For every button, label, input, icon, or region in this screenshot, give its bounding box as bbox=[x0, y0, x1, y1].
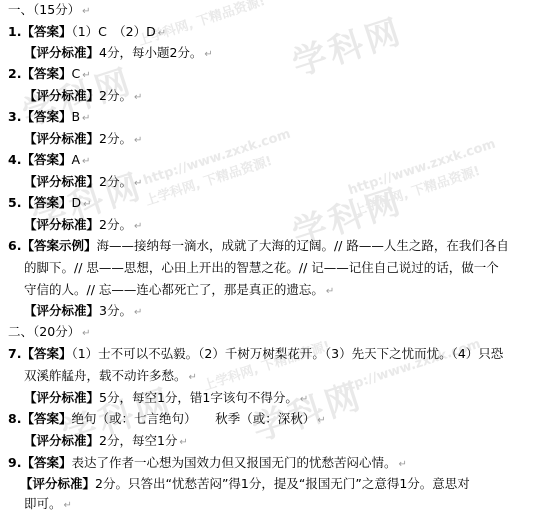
section-heading: 一、（15分）↵ bbox=[8, 2, 91, 18]
answer-tag: 【答案】 bbox=[21, 152, 71, 167]
answer-tag: 【答案示例】 bbox=[21, 238, 96, 253]
watermark-logo: 学科网 bbox=[245, 369, 369, 451]
paragraph-mark-icon: ↵ bbox=[134, 92, 142, 103]
answer-text: （1）士不可以不弘毅。（2）千树万树梨花开。（3）先天下之忧而忧。（4）只恐 bbox=[71, 346, 503, 361]
paragraph-mark-icon: ↵ bbox=[398, 459, 406, 470]
answer-line: 4.【答案】A↵ bbox=[0, 152, 90, 168]
paragraph-mark-icon: ↵ bbox=[300, 394, 308, 405]
score-text: 2分。只答出“忧愁苦闷”得1分，提及“报国无门”之意得1分。意思对 bbox=[95, 476, 470, 491]
item-number: 2. bbox=[8, 66, 21, 82]
section-label: 一、（15分） bbox=[8, 2, 80, 17]
paragraph-mark-icon: ↵ bbox=[83, 199, 91, 210]
paragraph-mark-icon: ↵ bbox=[326, 286, 334, 297]
paragraph-mark-icon: ↵ bbox=[204, 49, 212, 60]
item-number: 9. bbox=[8, 455, 21, 471]
answer-text: C bbox=[71, 66, 80, 81]
answer-tag: 【答案】 bbox=[21, 66, 71, 81]
score-tag: 【评分标准】 bbox=[24, 131, 99, 146]
paragraph-mark-icon: ↵ bbox=[158, 28, 166, 39]
item-number: 8. bbox=[8, 411, 21, 427]
answer-tag: 【答案】 bbox=[21, 346, 71, 361]
answer-text: 海——接纳每一滴水，成就了大海的辽阔。// 路——人生之路，在我们各自 bbox=[96, 238, 508, 253]
answer-line: 3.【答案】B↵ bbox=[0, 109, 90, 125]
answer-line: 9.【答案】表达了作者一心想为国效力但又报国无门的忧愁苦闷心情。↵ bbox=[0, 455, 407, 471]
score-line: 【评分标准】2分。↵ bbox=[24, 131, 142, 147]
score-text: 即可。 bbox=[24, 496, 62, 511]
answer-text: （1）C （2）D bbox=[71, 24, 155, 39]
answer-text: 绝句（或：七言绝句） 秋季（或：深秋） bbox=[71, 411, 315, 426]
watermark-slogan: 上学科网, 下精品资源! bbox=[200, 335, 332, 394]
answer-text: 守信的人。// 忘——连心都死亡了，那是真正的遗忘。 bbox=[24, 282, 324, 297]
score-text: 2分。 bbox=[99, 131, 132, 146]
item-number: 5. bbox=[8, 195, 21, 211]
paragraph-mark-icon: ↵ bbox=[82, 328, 90, 339]
answer-tag: 【答案】 bbox=[21, 109, 71, 124]
score-text: 3分。 bbox=[99, 303, 132, 318]
answer-tag: 【答案】 bbox=[21, 24, 71, 39]
watermark-slogan: 上学科网, 下精品资源! bbox=[350, 160, 482, 219]
answer-text: 双溪舴艋舟，载不动许多愁。 bbox=[24, 368, 187, 383]
paragraph-mark-icon: ↵ bbox=[134, 135, 142, 146]
paragraph-mark-icon: ↵ bbox=[179, 437, 187, 448]
answer-line: 1.【答案】（1）C （2）D↵ bbox=[0, 24, 166, 40]
answer-text: 表达了作者一心想为国效力但又报国无门的忧愁苦闷心情。 bbox=[71, 455, 396, 470]
item-number: 1. bbox=[8, 24, 21, 40]
section-label: 二、（20分） bbox=[8, 324, 80, 339]
score-line: 【评分标准】4分，每小题2分。↵ bbox=[24, 45, 213, 61]
score-line: 【评分标准】3分。↵ bbox=[24, 303, 142, 319]
paragraph-mark-icon: ↵ bbox=[134, 221, 142, 232]
paragraph-mark-icon: ↵ bbox=[82, 6, 90, 17]
item-number: 7. bbox=[8, 346, 21, 362]
answer-continuation: 的脚下。// 思——思想，心田上开出的智慧之花。// 记——记住自己说过的话，做… bbox=[24, 260, 499, 276]
answer-text: D bbox=[71, 195, 81, 210]
score-tag: 【评分标准】 bbox=[20, 476, 95, 491]
score-tag: 【评分标准】 bbox=[24, 217, 99, 232]
answer-text: B bbox=[71, 109, 80, 124]
score-tag: 【评分标准】 bbox=[24, 45, 99, 60]
watermark-url: http://www.zxxk.com bbox=[141, 127, 292, 189]
score-line: 【评分标准】2分。↵ bbox=[24, 217, 142, 233]
paragraph-mark-icon: ↵ bbox=[134, 307, 142, 318]
answer-text: A bbox=[71, 152, 80, 167]
answer-line: 2.【答案】C↵ bbox=[0, 66, 91, 82]
score-text: 4分，每小题2分。 bbox=[99, 45, 202, 60]
answer-line: 8.【答案】绝句（或：七言绝句） 秋季（或：深秋）↵ bbox=[0, 411, 326, 427]
score-text: 2分。 bbox=[99, 174, 132, 189]
answer-line: 6.【答案示例】海——接纳每一滴水，成就了大海的辽阔。// 路——人生之路，在我… bbox=[0, 238, 509, 254]
watermark-logo: 学科网 bbox=[285, 4, 409, 86]
score-tag: 【评分标准】 bbox=[24, 174, 99, 189]
paragraph-mark-icon: ↵ bbox=[82, 70, 90, 81]
answer-continuation: 守信的人。// 忘——连心都死亡了，那是真正的遗忘。↵ bbox=[24, 282, 334, 298]
watermark-slogan: 上学科网, 下精品资源! bbox=[142, 150, 274, 209]
paragraph-mark-icon: ↵ bbox=[82, 156, 90, 167]
paragraph-mark-icon: ↵ bbox=[134, 178, 142, 189]
score-text: 2分。 bbox=[99, 217, 132, 232]
paragraph-mark-icon: ↵ bbox=[189, 372, 197, 383]
answer-text: 的脚下。// 思——思想，心田上开出的智慧之花。// 记——记住自己说过的话，做… bbox=[24, 260, 499, 275]
score-line: 【评分标准】5分，每空1分，错1字该句不得分。↵ bbox=[24, 390, 308, 406]
answer-line: 5.【答案】D↵ bbox=[0, 195, 92, 211]
paragraph-mark-icon: ↵ bbox=[64, 500, 72, 511]
score-line: 【评分标准】2分。只答出“忧愁苦闷”得1分，提及“报国无门”之意得1分。意思对 bbox=[20, 476, 470, 492]
answer-line: 7.【答案】（1）士不可以不弘毅。（2）千树万树梨花开。（3）先天下之忧而忧。（… bbox=[0, 346, 503, 362]
item-number: 6. bbox=[8, 238, 21, 254]
score-continuation: 即可。↵ bbox=[24, 496, 72, 512]
score-tag: 【评分标准】 bbox=[24, 303, 99, 318]
answer-continuation: 双溪舴艋舟，载不动许多愁。↵ bbox=[24, 368, 197, 384]
watermark-url: http://www.zxxk.com bbox=[346, 137, 497, 199]
paragraph-mark-icon: ↵ bbox=[317, 415, 325, 426]
score-text: 2分，每空1分 bbox=[99, 433, 177, 448]
item-number: 4. bbox=[8, 152, 21, 168]
score-line: 【评分标准】2分。↵ bbox=[24, 88, 142, 104]
score-line: 【评分标准】2分。↵ bbox=[24, 174, 142, 190]
answer-tag: 【答案】 bbox=[21, 411, 71, 426]
section-heading: 二、（20分）↵ bbox=[8, 324, 91, 340]
score-tag: 【评分标准】 bbox=[24, 433, 99, 448]
score-line: 【评分标准】2分，每空1分↵ bbox=[24, 433, 188, 449]
item-number: 3. bbox=[8, 109, 21, 125]
score-text: 2分。 bbox=[99, 88, 132, 103]
score-tag: 【评分标准】 bbox=[24, 88, 99, 103]
paragraph-mark-icon: ↵ bbox=[82, 113, 90, 124]
answer-key-page: 学科网 上学科网, 下精品资源! 学科网 学科网 http://www.zxxk… bbox=[0, 0, 550, 513]
score-text: 5分，每空1分，错1字该句不得分。 bbox=[99, 390, 298, 405]
score-tag: 【评分标准】 bbox=[24, 390, 99, 405]
answer-tag: 【答案】 bbox=[21, 455, 71, 470]
answer-tag: 【答案】 bbox=[21, 195, 71, 210]
